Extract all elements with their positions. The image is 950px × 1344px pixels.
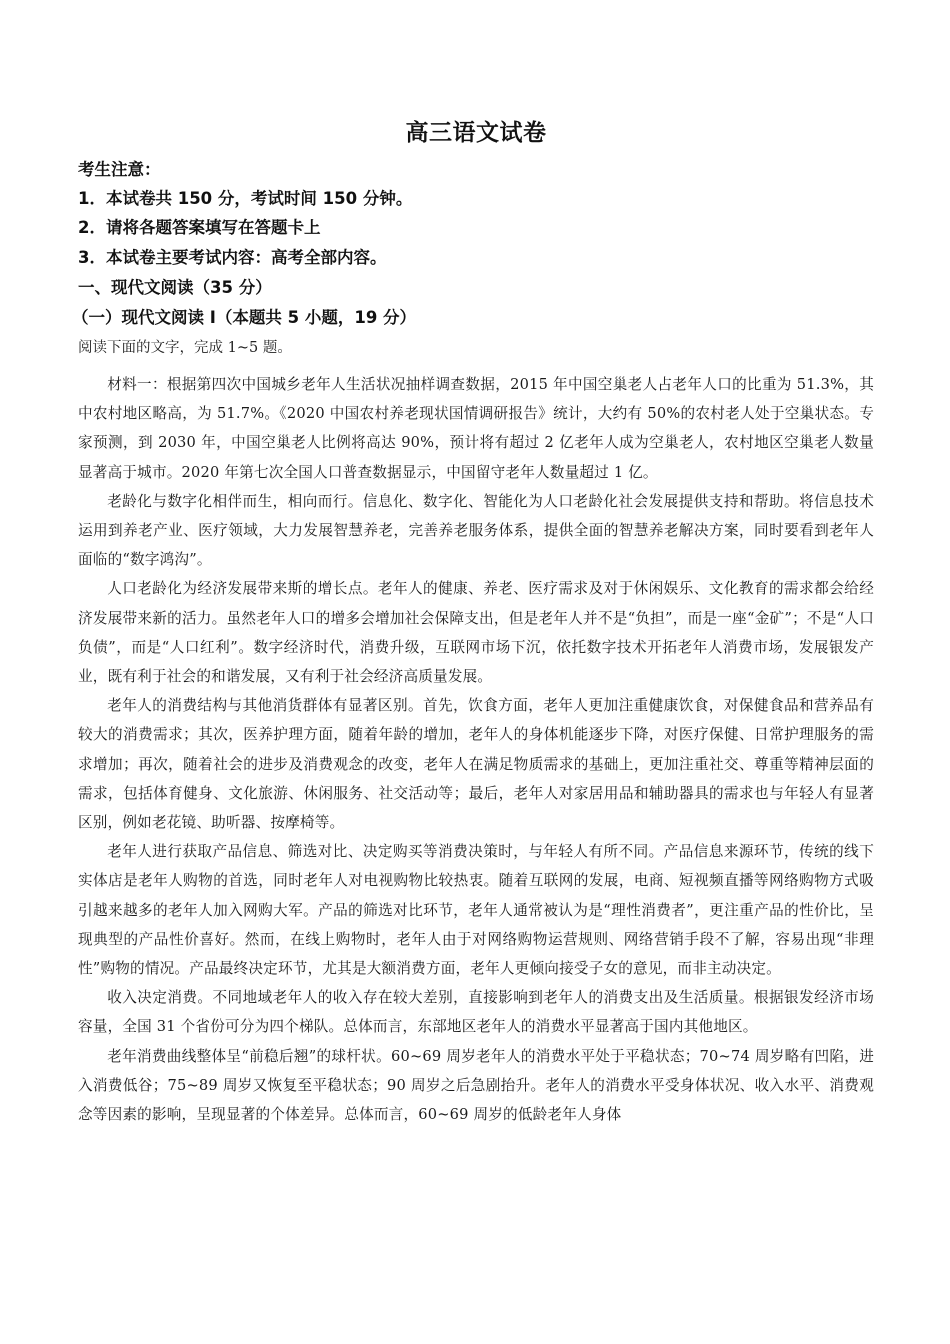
reading-instruction: 阅读下面的文字，完成 1~5 题。	[78, 338, 292, 358]
paragraph-consumption-decision: 老年人进行获取产品信息、筛选对比、决定购买等消费决策时，与年轻人有所不同。产品信…	[78, 837, 874, 983]
paragraph-consumption-structure: 老年人的消费结构与其他消货群体有显著区别。首先，饮食方面，老年人更加注重健康饮食…	[78, 691, 874, 837]
paragraph-economic-growth: 人口老龄化为经济发展带来斯的增长点。老年人的健康、养老、医疗需求及对于休闲娱乐、…	[78, 574, 874, 691]
section-heading: 一、现代文阅读（35 分）	[78, 278, 272, 298]
section-subheading: （一）现代文阅读 I（本题共 5 小题，19 分）	[72, 308, 416, 328]
notice-heading: 考生注意：	[78, 160, 161, 180]
notice-item-3: 3．本试卷主要考试内容：高考全部内容。	[78, 248, 386, 268]
notice-item-1: 1．本试卷共 150 分，考试时间 150 分钟。	[78, 189, 412, 209]
paragraph-aging-digitalization: 老龄化与数字化相伴而生，相向而行。信息化、数字化、智能化为人口老龄化社会发展提供…	[78, 487, 874, 575]
notice-item-2: 2．请将各题答案填写在答题卡上	[78, 218, 320, 238]
page-title: 高三语文试卷	[78, 114, 874, 147]
paragraph-income: 收入决定消费。不同地域老年人的收入存在较大差别，直接影响到老年人的消费支出及生活…	[78, 983, 874, 1041]
paragraph-material-one: 材料一：根据第四次中国城乡老年人生活状况抽样调查数据，2015 年中国空巢老人占…	[78, 370, 874, 487]
paragraph-consumption-curve: 老年消费曲线整体呈“前稳后翘”的球杆状。60~69 周岁老年人的消费水平处于平稳…	[78, 1042, 874, 1130]
reading-passage: 材料一：根据第四次中国城乡老年人生活状况抽样调查数据，2015 年中国空巢老人占…	[78, 370, 874, 1129]
